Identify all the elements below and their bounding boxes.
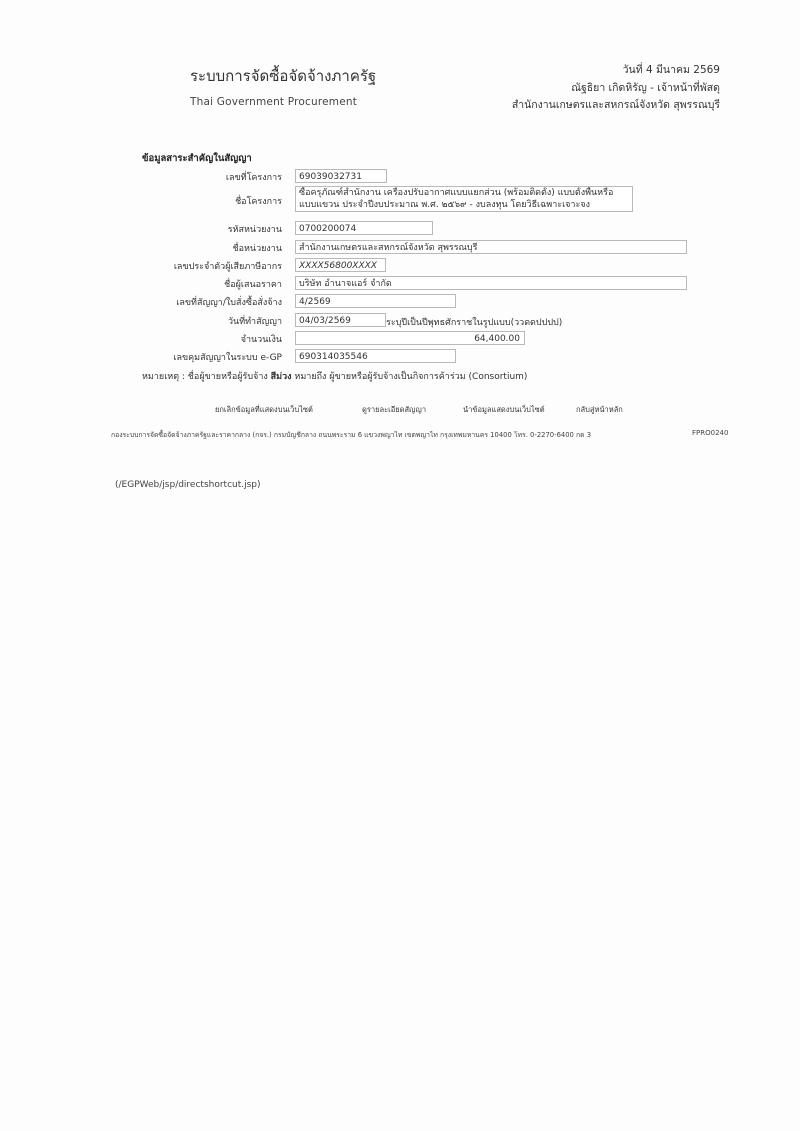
contract-no-label: เลขที่สัญญา/ใบสั่งซื้อสั่งจ้าง: [176, 295, 282, 309]
amount-field[interactable]: 64,400.00: [295, 331, 525, 345]
contract-date-hint: ระบุปีเป็นปีพุทธศักราชในรูปแบบ(ววดดปปปป): [386, 315, 562, 329]
tax-id-label: เลขประจำตัวผู้เสียภาษีอากร: [174, 259, 282, 273]
page-url: (/EGPWeb/jsp/directshortcut.jsp): [115, 480, 261, 490]
consortium-note: หมายเหตุ : ชื่อผู้ขายหรือผู้รับจ้าง สีม่…: [142, 369, 527, 383]
agency-name-field[interactable]: สำนักงานเกษตรและสหกรณ์จังหวัด สุพรรณบุรี: [295, 240, 687, 254]
egp-control-no-field[interactable]: 690314035546: [295, 349, 456, 363]
header-date: วันที่ 4 มีนาคม 2569: [623, 61, 720, 78]
section-title: ข้อมูลสาระสำคัญในสัญญา: [142, 151, 252, 166]
project-no-field[interactable]: 69039032731: [295, 169, 387, 183]
amount-label: จำนวนเงิน: [241, 332, 282, 346]
page-code: FPRO0240: [692, 429, 728, 437]
agency-code-field[interactable]: 0700200074: [295, 221, 433, 235]
publish-link[interactable]: นำข้อมูลแสดงบนเว็บไซต์: [463, 404, 545, 416]
header-office: สำนักงานเกษตรและสหกรณ์จังหวัด สุพรรณบุรี: [512, 96, 720, 113]
agency-code-label: รหัสหน่วยงาน: [228, 222, 282, 236]
contract-no-field[interactable]: 4/2569: [295, 294, 456, 308]
system-title-thai: ระบบการจัดซื้อจัดจ้างภาครัฐ: [190, 64, 376, 88]
note-prefix: หมายเหตุ : ชื่อผู้ขายหรือผู้รับจ้าง: [142, 372, 268, 382]
tax-id-field[interactable]: XXXX56800XXXX: [295, 258, 386, 272]
egp-control-no-label: เลขคุมสัญญาในระบบ e-GP: [173, 350, 282, 364]
header-user: ณัฐธิยา เกิดหิรัญ - เจ้าหน้าที่พัสดุ: [571, 79, 720, 96]
contract-date-field[interactable]: 04/03/2569: [295, 313, 386, 327]
note-highlight: สีม่วง: [271, 372, 292, 382]
contract-date-label: วันที่ทำสัญญา: [228, 314, 282, 328]
cancel-display-link[interactable]: ยกเลิกข้อมูลที่แสดงบนเว็บไซต์: [215, 404, 313, 416]
view-contract-link[interactable]: ดูรายละเอียดสัญญา: [362, 404, 426, 416]
bidder-name-label: ชื่อผู้เสนอราคา: [224, 277, 282, 291]
back-home-link[interactable]: กลับสู่หน้าหลัก: [576, 404, 623, 416]
project-name-label: ชื่อโครงการ: [235, 194, 282, 208]
note-suffix: หมายถึง ผู้ขายหรือผู้รับจ้างเป็นกิจการค้…: [294, 372, 527, 382]
agency-name-label: ชื่อหน่วยงาน: [232, 241, 282, 255]
footer-address: กองระบบการจัดซื้อจัดจ้างภาครัฐและราคากลา…: [111, 429, 591, 440]
system-title-english: Thai Government Procurement: [190, 96, 357, 108]
project-name-field[interactable]: ซื้อครุภัณฑ์สำนักงาน เครื่องปรับอากาศแบบ…: [295, 186, 633, 212]
project-no-label: เลขที่โครงการ: [226, 170, 282, 184]
bidder-name-field[interactable]: บริษัท อำนาจแอร์ จำกัด: [295, 276, 687, 290]
